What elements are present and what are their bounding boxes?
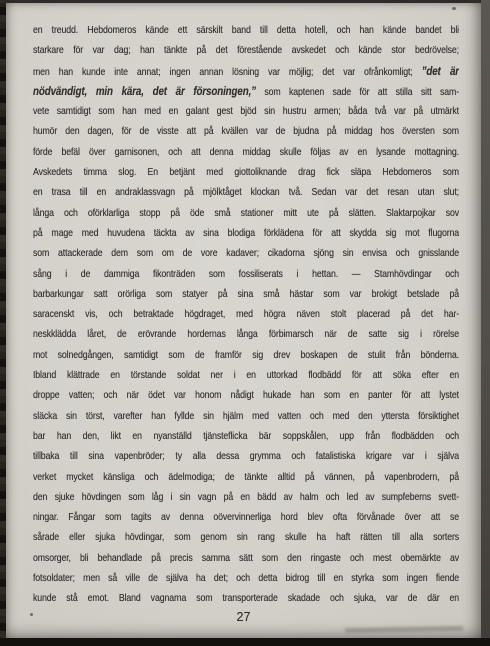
pencil-annotation [345, 626, 463, 633]
body-text: Avskedets timma slog. En betjänt med gio… [33, 167, 459, 178]
scan-edge-right [481, 0, 490, 646]
text-line: vete samtidigt som han med en galant ges… [33, 102, 459, 122]
body-text: barbarkungar satt orörliga som statyer p… [33, 289, 459, 300]
text-line: förde befäl över garnisonen, och att den… [33, 143, 459, 163]
text-line: långa och oförklarliga stopp på öde små … [33, 204, 459, 224]
body-text: fotsoldater; men så ville de själva ha d… [33, 573, 459, 584]
text-line: droppe vatten; och när ödet var honom nå… [33, 386, 459, 406]
text-line: sårade eller sjuka hövdingar, som genom … [33, 528, 459, 548]
body-text: förde befäl över garnisonen, och att den… [33, 147, 459, 158]
body-text: mot solnedgången, samtidigt som de framf… [33, 350, 459, 361]
body-text: Ibland klättrade en törstande soldat ner… [33, 370, 459, 381]
text-line: starkare för var dag; han tänkte på det … [33, 41, 459, 61]
body-text: starkare för var dag; han tänkte på det … [33, 45, 459, 56]
body-text: en trasa till en andraklassvagn på mjölk… [33, 187, 459, 198]
text-line: Ibland klättrade en törstande soldat ner… [33, 366, 459, 386]
scan-edge-bottom [0, 638, 490, 646]
body-text: omsorger, bli behandlade på precis samma… [33, 553, 459, 564]
text-line: Avskedets timma slog. En betjänt med gio… [33, 163, 459, 183]
body-text: bar han den, likt en nyanställd tjänstef… [33, 431, 459, 442]
book-page-scan: en treudd. Hebdomeros kände ett särskilt… [0, 0, 490, 646]
text-line: tillbaka till sina vapenbröder; ty alla … [33, 447, 459, 467]
text-line: släcka sin törst, varefter han fyllde si… [33, 407, 459, 427]
body-text: vete samtidigt som han med en galant ges… [33, 106, 459, 117]
text-line: en treudd. Hebdomeros kände ett särskilt… [33, 21, 459, 41]
text-line: barbarkungar satt orörliga som statyer p… [33, 285, 459, 305]
text-line: neskklädda låret, de erövrande hordernas… [33, 325, 459, 345]
page-text: en treudd. Hebdomeros kände ett särskilt… [33, 21, 459, 610]
paper-speck [452, 7, 456, 10]
body-text: långa och oförklarliga stopp på öde små … [33, 208, 459, 219]
body-text: humör den dagen, för de visste att på kv… [33, 126, 459, 137]
text-line: men han kunde inte annat; ingen annan lö… [33, 62, 459, 82]
body-text: men han kunde inte annat; ingen annan lö… [33, 67, 422, 78]
text-line: humör den dagen, för de visste att på kv… [33, 122, 459, 142]
body-text: som kaptenen sade för att stilla sitt sa… [256, 87, 459, 98]
body-text: tillbaka till sina vapenbröder; ty alla … [33, 451, 459, 462]
text-line: verket mycket känsliga och ädelmodiga; d… [33, 468, 459, 488]
text-line: den sjuke hövdingen som låg i sin vagn p… [33, 488, 459, 508]
text-line: på mage med huvudena täckta av sina blod… [33, 224, 459, 244]
text-line: sång i de dammiga fikonträden som fossil… [33, 265, 459, 285]
text-line: mot solnedgången, samtidigt som de framf… [33, 346, 459, 366]
body-text: som attackerade dem som om de vore kadav… [33, 248, 459, 259]
text-line: saracenskt vis, och betraktade högdraget… [33, 305, 459, 325]
body-text: kunde stå emot. Bland vagnarna som trans… [33, 593, 459, 604]
body-text: släcka sin törst, varefter han fyllde si… [33, 411, 459, 422]
text-line: en trasa till en andraklassvagn på mjölk… [33, 183, 459, 203]
body-text: den sjuke hövdingen som låg i sin vagn p… [33, 492, 459, 503]
body-text: sång i de dammiga fikonträden som fossil… [33, 269, 459, 280]
body-text: verket mycket känsliga och ädelmodiga; d… [33, 472, 459, 483]
page-paper: en treudd. Hebdomeros kände ett särskilt… [6, 3, 481, 638]
paper-speck [30, 613, 33, 616]
quoted-emphasis-text: nödvändigt, min kära, det är försoningen… [33, 86, 256, 98]
text-line: kunde stå emot. Bland vagnarna som trans… [33, 589, 459, 609]
body-text: sårade eller sjuka hövdingar, som genom … [33, 532, 459, 543]
text-line: bar han den, likt en nyanställd tjänstef… [33, 427, 459, 447]
text-line: ningar. Fångar som tagits av denna oöver… [33, 508, 459, 528]
body-text: på mage med huvudena täckta av sina blod… [33, 228, 459, 239]
body-text: en treudd. Hebdomeros kände ett särskilt… [33, 25, 459, 36]
body-text: saracenskt vis, och betraktade högdraget… [33, 309, 459, 320]
body-text: neskklädda låret, de erövrande hordernas… [33, 329, 459, 340]
page-number: 27 [6, 610, 481, 624]
body-text: ningar. Fångar som tagits av denna oöver… [33, 512, 459, 523]
text-line: omsorger, bli behandlade på precis samma… [33, 549, 459, 569]
text-line: som attackerade dem som om de vore kadav… [33, 244, 459, 264]
quoted-emphasis-text: ”det är [422, 66, 459, 78]
text-line: fotsoldater; men så ville de själva ha d… [33, 569, 459, 589]
text-line: nödvändigt, min kära, det är försoningen… [33, 82, 459, 102]
body-text: droppe vatten; och när ödet var honom nå… [33, 390, 459, 401]
